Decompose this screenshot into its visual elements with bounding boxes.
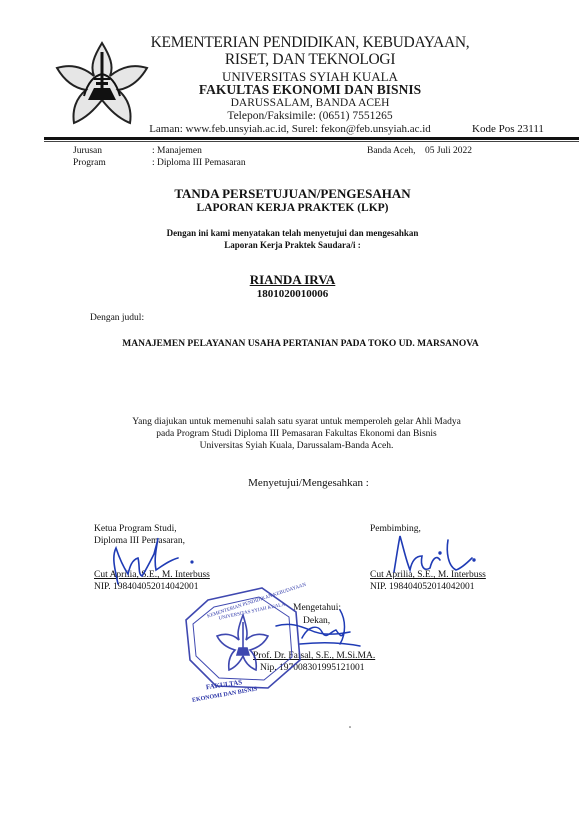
document-subtitle: LAPORAN KERJA PRAKTEK (LKP): [3, 202, 579, 214]
stamp-text-faculty: FAKULTAS: [205, 678, 242, 691]
document-title: TANDA PERSETUJUAN/PENGESAHAN: [3, 186, 579, 202]
student-id: 1801020010006: [3, 288, 579, 300]
faculty-stamp-icon: [186, 588, 300, 688]
letterhead-address: DARUSSALAM, BANDA ACEH: [140, 97, 480, 109]
jurusan-label: Jurusan: [73, 146, 102, 156]
stamp-text-faculty-name: EKONOMI DAN BISNIS: [192, 686, 259, 703]
letterhead-divider-thin: [44, 141, 579, 142]
right-signature-icon: [394, 536, 475, 572]
letterhead-postal-code: Kode Pos 23111: [472, 123, 544, 135]
dean-nip: Nip. 197008301995121001: [260, 663, 365, 673]
letterhead-divider: [44, 137, 579, 140]
letterhead-ministry-line1: KEMENTERIAN PENDIDIKAN, KEBUDAYAAN,: [140, 34, 480, 52]
letterhead-faculty: FAKULTAS EKONOMI DAN BISNIS: [140, 82, 480, 98]
statement-line1: Dengan ini kami menyatakan telah menyetu…: [3, 228, 579, 238]
student-name: RIANDA IRVA: [3, 272, 579, 288]
purpose-line1: Yang diajukan untuk memenuhi salah satu …: [7, 417, 579, 427]
approval-heading: Menyetujui/Mengesahkan :: [19, 477, 579, 489]
report-title: MANAJEMEN PELAYANAN USAHA PERTANIAN PADA…: [11, 339, 579, 349]
purpose-line3: Universitas Syiah Kuala, Darussalam-Band…: [7, 441, 579, 451]
dean-role: Dekan,: [303, 616, 330, 626]
stamp-text-university: UNIVERSITAS SYIAH KUALA: [218, 602, 286, 621]
program-value: : Diploma III Pemasaran: [152, 158, 246, 168]
left-signatory-nip: NIP. 198404052014042001: [94, 582, 199, 592]
purpose-line2: pada Program Studi Diploma III Pemasaran…: [7, 429, 579, 439]
university-emblem-icon: [52, 38, 152, 128]
dean-acknowledge-label: Mengetahui:: [293, 603, 341, 613]
place-date: Banda Aceh, 05 Juli 2022: [367, 146, 472, 156]
judul-label: Dengan judul:: [90, 313, 144, 323]
program-label: Program: [73, 158, 106, 168]
left-signatory-role2: Diploma III Pemasaran,: [94, 536, 185, 546]
right-signatory-name: Cut Aprilia, S.E., M. Interbuss: [370, 570, 486, 580]
right-signatory-nip: NIP. 198404052014042001: [370, 582, 475, 592]
stamp-text-ministry: KEMENTERIAN PENDIDIKAN KEBUDAYAAN: [207, 583, 308, 620]
right-signatory-role: Pembimbing,: [370, 524, 421, 534]
letterhead-ministry-line2: RISET, DAN TEKNOLOGI: [140, 51, 480, 69]
jurusan-value: : Manajemen: [152, 146, 202, 156]
left-signatory-name: Cut Aprilia, S.E., M. Interbuss: [94, 570, 210, 580]
dean-name: Prof. Dr. Faisal, S.E., M.Si.MA.: [253, 651, 375, 661]
letterhead-web-email: Laman: www.feb.unsyiah.ac.id, Surel: fek…: [130, 123, 450, 135]
scan-speck: [349, 726, 351, 728]
statement-line2: Laporan Kerja Praktek Saudara/i :: [3, 240, 579, 250]
left-signatory-role1: Ketua Program Studi,: [94, 524, 177, 534]
letterhead-phone: Telepon/Faksimile: (0651) 7551265: [140, 110, 480, 122]
